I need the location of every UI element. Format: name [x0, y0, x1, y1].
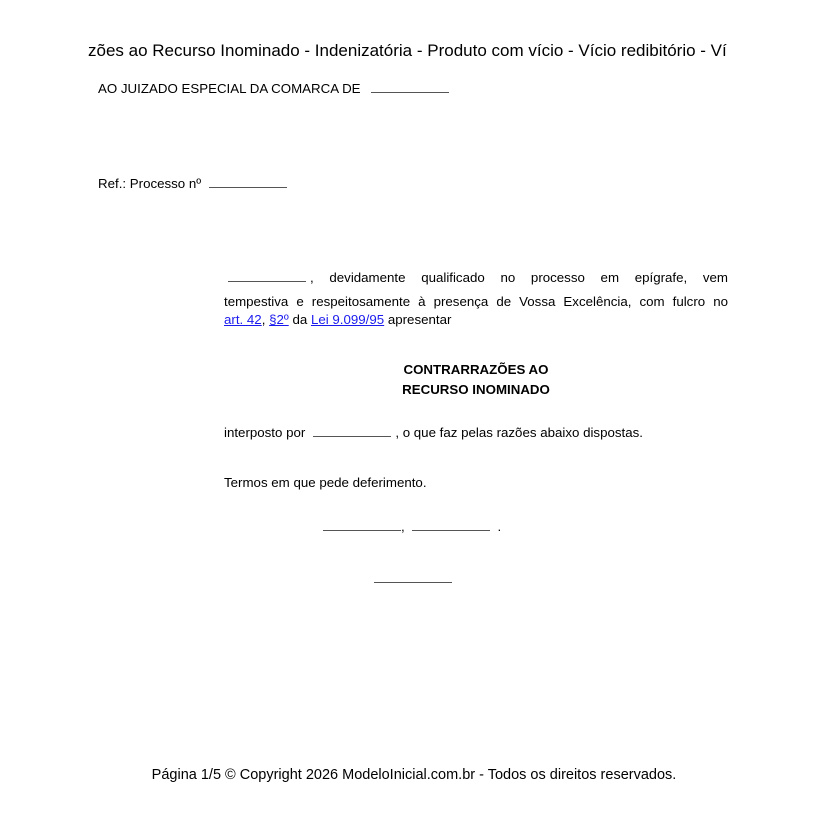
signature-blank-field[interactable]: [374, 572, 452, 583]
comarca-blank-field[interactable]: [371, 82, 449, 93]
signature-line: [374, 570, 452, 588]
section-heading: CONTRARRAZÕES AO RECURSO INOMINADO: [224, 360, 728, 400]
place-date-line: , .: [323, 518, 501, 536]
document-page: zões ao Recurso Inominado - Indenizatóri…: [0, 0, 828, 828]
process-reference: Ref.: Processo nº: [98, 175, 287, 193]
link-lei-9099[interactable]: Lei 9.099/95: [311, 312, 384, 327]
process-number-blank-field[interactable]: [209, 177, 287, 188]
heading-line-2: RECURSO INOMINADO: [224, 380, 728, 400]
date-blank-field[interactable]: [412, 520, 490, 531]
place-blank-field[interactable]: [323, 520, 401, 531]
appellant-blank-field[interactable]: [313, 426, 391, 437]
page-footer: Página 1/5 © Copyright 2026 ModeloInicia…: [0, 765, 828, 785]
party-name-blank-field[interactable]: [228, 271, 306, 282]
heading-line-1: CONTRARRAZÕES AO: [224, 360, 728, 380]
interposto-line: interposto por, o que faz pelas razões a…: [224, 424, 643, 442]
process-label: Ref.: Processo nº: [98, 176, 201, 191]
link-paragraph-2[interactable]: §2º: [269, 312, 289, 327]
court-label: AO JUIZADO ESPECIAL DA COMARCA DE: [98, 81, 361, 96]
paragraph-line-1: , devidamente qualificado no processo em…: [224, 266, 728, 290]
document-title: zões ao Recurso Inominado - Indenizatóri…: [88, 40, 728, 62]
link-art-42[interactable]: art. 42: [224, 312, 262, 327]
closing-statement: Termos em que pede deferimento.: [224, 474, 427, 492]
intro-paragraph: , devidamente qualificado no processo em…: [224, 266, 728, 329]
court-addressee: AO JUIZADO ESPECIAL DA COMARCA DE: [98, 80, 449, 98]
